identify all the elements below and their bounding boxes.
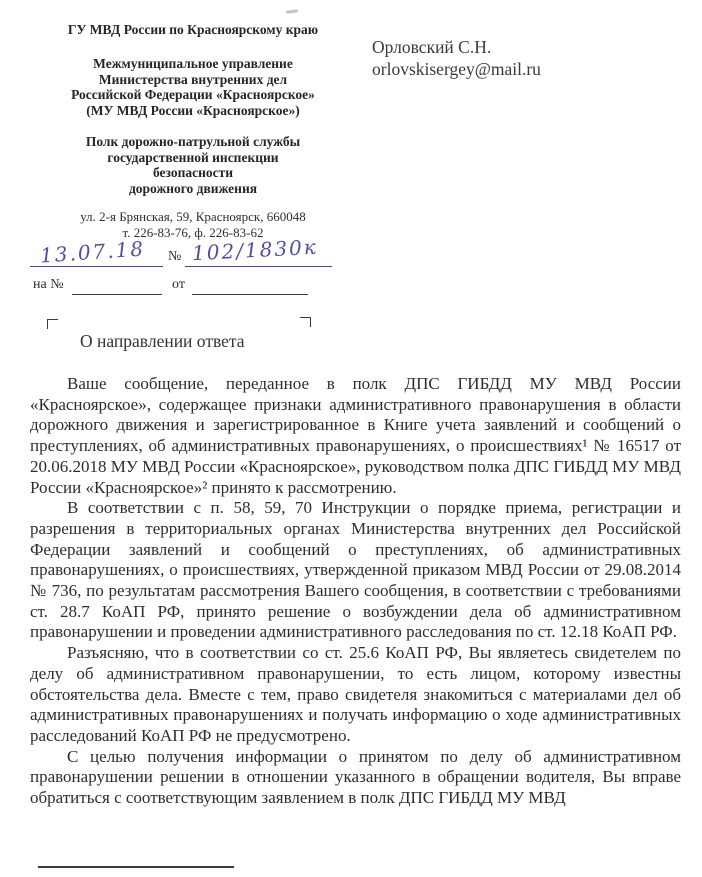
handwritten-outgoing-number: 102/1830к	[191, 235, 318, 266]
letterhead-org-top: ГУ МВД России по Красноярскому краю	[28, 22, 358, 38]
letter-body: Ваше сообщение, переданное в полк ДПС ГИ…	[30, 374, 681, 809]
scanned-letter-page: ГУ МВД России по Красноярскому краю Межм…	[0, 0, 702, 877]
handwritten-date: 13.07.18	[39, 236, 145, 267]
address-zone-corner-right-icon	[300, 317, 311, 327]
letterhead-org-line: Межмуниципальное управление	[28, 56, 358, 72]
letterhead-org-line: Министерства внутренних дел	[28, 72, 358, 88]
letterhead-org-name: Межмуниципальное управление Министерства…	[28, 56, 358, 118]
body-paragraph: В соответствии с п. 58, 59, 70 Инструкци…	[30, 498, 681, 643]
recipient-name: Орловский С.Н.	[372, 36, 541, 58]
footnote-separator-rule	[38, 866, 234, 868]
reply-to-number-underline	[72, 294, 162, 295]
letterhead-org-line: (МУ МВД России «Красноярское»)	[28, 103, 358, 119]
body-paragraph: Разъясняю, что в соответствии со ст. 25.…	[30, 643, 681, 747]
reply-from-date-underline	[192, 294, 308, 295]
body-paragraph: Ваше сообщение, переданное в полк ДПС ГИ…	[30, 374, 681, 498]
letterhead-division-line: Полк дорожно-патрульной службы	[28, 134, 358, 150]
reply-to-number-label: на №	[33, 277, 64, 293]
recipient-email: orlovskisergey@mail.ru	[372, 58, 541, 80]
number-underline	[185, 266, 332, 267]
number-sign-label: №	[168, 249, 181, 265]
letterhead-address: ул. 2-я Брянская, 59, Красноярск, 660048	[28, 209, 358, 225]
address-zone-corner-left-icon	[47, 319, 58, 329]
letterhead-division-line: дорожного движения	[28, 181, 358, 197]
letterhead-division-name: Полк дорожно-патрульной службы государст…	[28, 134, 358, 196]
letterhead-org-line: Российской Федерации «Красноярское»	[28, 87, 358, 103]
body-paragraph: С целью получения информации о принятом …	[30, 747, 681, 809]
letterhead-division-line: безопасности	[28, 165, 358, 181]
letter-subject: О направлении ответа	[80, 331, 245, 352]
letterhead-division-line: государственной инспекции	[28, 150, 358, 166]
recipient-block: Орловский С.Н. orlovskisergey@mail.ru	[372, 36, 541, 80]
reply-from-date-label: от	[172, 277, 185, 293]
date-underline	[30, 266, 163, 267]
scan-artifact-mark	[286, 9, 298, 14]
